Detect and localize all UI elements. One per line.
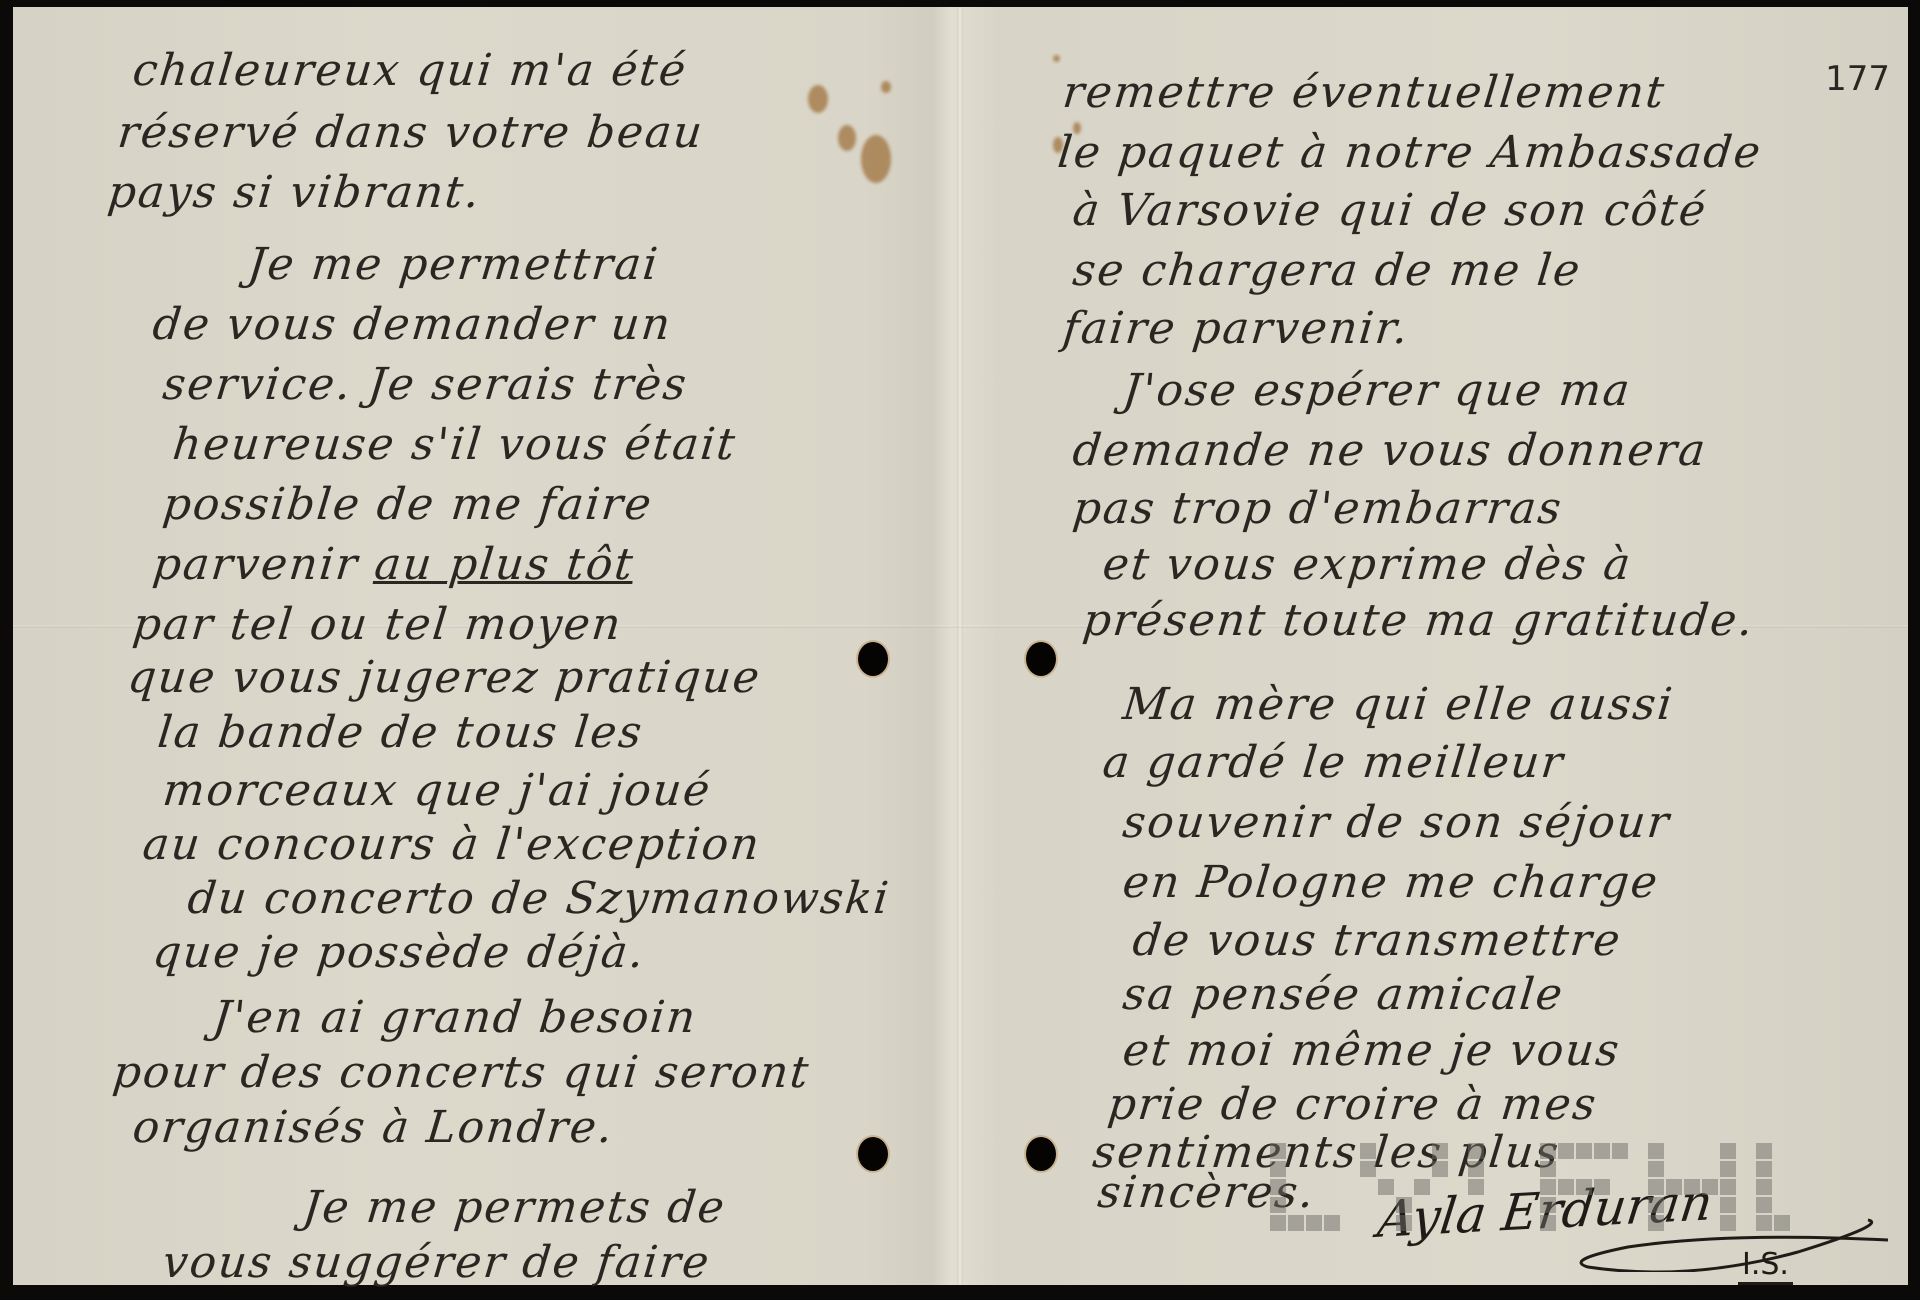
watermark-cell bbox=[1378, 1179, 1394, 1195]
watermark-cell bbox=[1774, 1179, 1790, 1195]
watermark-cell bbox=[1378, 1215, 1394, 1231]
watermark-cell bbox=[1666, 1179, 1682, 1195]
watermark-cell bbox=[1684, 1161, 1700, 1177]
watermark-cell bbox=[1540, 1143, 1556, 1159]
watermark-cell bbox=[1486, 1215, 1502, 1231]
watermark-cell bbox=[1558, 1215, 1574, 1231]
text-line: réservé dans votre beau bbox=[115, 107, 706, 158]
watermark-cell bbox=[1648, 1143, 1664, 1159]
watermark-cell bbox=[1756, 1179, 1772, 1195]
watermark-cell bbox=[1324, 1197, 1340, 1213]
watermark-cell bbox=[1630, 1179, 1646, 1195]
watermark-cell bbox=[1360, 1197, 1376, 1213]
watermark-cell bbox=[1594, 1143, 1610, 1159]
watermark-cell bbox=[1540, 1215, 1556, 1231]
watermark-cell bbox=[1558, 1179, 1574, 1195]
text-line: que vous jugerez pratique bbox=[125, 652, 763, 703]
watermark-cell bbox=[1576, 1179, 1592, 1195]
watermark-cell bbox=[1324, 1179, 1340, 1195]
text-line: faire parvenir. bbox=[1060, 303, 1412, 354]
watermark-cell bbox=[1576, 1197, 1592, 1213]
watermark-cell bbox=[1558, 1161, 1574, 1177]
punch-hole bbox=[858, 642, 888, 676]
watermark-cell bbox=[1666, 1161, 1682, 1177]
watermark-cell bbox=[1648, 1161, 1664, 1177]
watermark-cell bbox=[1378, 1143, 1394, 1159]
text-line: Je me permettrai bbox=[245, 239, 661, 290]
watermark-cell bbox=[1450, 1215, 1466, 1231]
watermark-cell bbox=[1756, 1197, 1772, 1213]
watermark-cell bbox=[1306, 1215, 1322, 1231]
watermark-cell bbox=[1378, 1161, 1394, 1177]
watermark-cell bbox=[1558, 1197, 1574, 1213]
watermark-cell bbox=[1774, 1161, 1790, 1177]
watermark-cell bbox=[1342, 1215, 1358, 1231]
text-line: prie de croire à mes bbox=[1105, 1079, 1600, 1130]
watermark-cell bbox=[1270, 1179, 1286, 1195]
text-line: la bande de tous les bbox=[155, 707, 646, 758]
text-line: pour des concerts qui seront bbox=[110, 1047, 812, 1098]
text-line: se chargera de me le bbox=[1070, 245, 1584, 296]
watermark-cell bbox=[1612, 1143, 1628, 1159]
watermark-cell bbox=[1270, 1143, 1286, 1159]
watermark-cell bbox=[1324, 1161, 1340, 1177]
watermark-cell bbox=[1522, 1215, 1538, 1231]
text-line: le paquet à notre Ambassade bbox=[1055, 127, 1764, 178]
watermark-cell bbox=[1594, 1161, 1610, 1177]
watermark-cell bbox=[1306, 1161, 1322, 1177]
watermark-cell bbox=[1288, 1215, 1304, 1231]
watermark-cell bbox=[1360, 1143, 1376, 1159]
watermark-cell bbox=[1468, 1143, 1484, 1159]
watermark-cell bbox=[1378, 1197, 1394, 1213]
text-line: a gardé le meilleur bbox=[1100, 737, 1567, 788]
text-line: au concours à l'exception bbox=[140, 819, 763, 870]
text-line: Ma mère qui elle aussi bbox=[1120, 679, 1676, 730]
watermark-cell bbox=[1522, 1197, 1538, 1213]
watermark-cell bbox=[1576, 1161, 1592, 1177]
watermark-cell bbox=[1540, 1197, 1556, 1213]
watermark-cell bbox=[1288, 1197, 1304, 1213]
watermark-cell bbox=[1504, 1161, 1520, 1177]
watermark-cell bbox=[1684, 1179, 1700, 1195]
watermark-cell bbox=[1396, 1197, 1412, 1213]
watermark-cell bbox=[1720, 1161, 1736, 1177]
watermark-cell bbox=[1702, 1143, 1718, 1159]
watermark-cell bbox=[1450, 1143, 1466, 1159]
watermark-cell bbox=[1648, 1179, 1664, 1195]
watermark-cell bbox=[1396, 1161, 1412, 1177]
watermark-cell bbox=[1576, 1143, 1592, 1159]
watermark-cell bbox=[1522, 1179, 1538, 1195]
watermark-cell bbox=[1612, 1215, 1628, 1231]
watermark-cell bbox=[1486, 1161, 1502, 1177]
watermark-cell bbox=[1738, 1143, 1754, 1159]
text-fragment: parvenir bbox=[150, 539, 377, 590]
watermark-cell bbox=[1612, 1179, 1628, 1195]
watermark-cell bbox=[1720, 1197, 1736, 1213]
watermark-cell bbox=[1432, 1197, 1448, 1213]
folio-number: 177 bbox=[1825, 59, 1890, 99]
punch-hole bbox=[1026, 1137, 1056, 1171]
watermark-cell bbox=[1630, 1143, 1646, 1159]
text-line: service. Je serais très bbox=[160, 359, 690, 410]
watermark-cell bbox=[1468, 1161, 1484, 1177]
text-line: présent toute ma gratitude. bbox=[1080, 595, 1757, 646]
text-line: J'ose espérer que ma bbox=[1120, 365, 1634, 416]
watermark-cell bbox=[1396, 1215, 1412, 1231]
watermark-cell bbox=[1414, 1197, 1430, 1213]
watermark-cell bbox=[1486, 1179, 1502, 1195]
watermark-cell bbox=[1396, 1143, 1412, 1159]
watermark-cell bbox=[1540, 1179, 1556, 1195]
watermark-cell bbox=[1756, 1143, 1772, 1159]
text-line: morceaux que j'ai joué bbox=[160, 765, 714, 816]
text-line: pas trop d'embarras bbox=[1070, 483, 1565, 534]
watermark-cell bbox=[1288, 1161, 1304, 1177]
text-line: vous suggérer de faire bbox=[160, 1237, 713, 1288]
watermark-cell bbox=[1270, 1215, 1286, 1231]
watermark-cell bbox=[1306, 1179, 1322, 1195]
text-line: et vous exprime dès à bbox=[1100, 539, 1634, 590]
text-line: remettre éventuellement bbox=[1060, 67, 1668, 118]
watermark-cell bbox=[1666, 1215, 1682, 1231]
text-line: Je me permets de bbox=[300, 1182, 728, 1233]
watermark-cell bbox=[1270, 1161, 1286, 1177]
watermark-cell bbox=[1756, 1215, 1772, 1231]
watermark-cell bbox=[1558, 1143, 1574, 1159]
text-line: parvenir au plus tôt bbox=[150, 539, 637, 590]
left-page: chaleureux qui m'a été réservé dans votr… bbox=[13, 7, 957, 1285]
text-line: sa pensée amicale bbox=[1120, 969, 1566, 1020]
watermark-cell bbox=[1738, 1179, 1754, 1195]
watermark-cell bbox=[1594, 1179, 1610, 1195]
watermark-cell bbox=[1414, 1161, 1430, 1177]
watermark-cell bbox=[1504, 1143, 1520, 1159]
watermark-cell bbox=[1630, 1197, 1646, 1213]
text-line: et moi même je vous bbox=[1120, 1025, 1623, 1076]
watermark-cell bbox=[1414, 1143, 1430, 1159]
text-line: souvenir de son séjour bbox=[1120, 797, 1673, 848]
watermark-cell bbox=[1360, 1215, 1376, 1231]
text-line: en Pologne me charge bbox=[1120, 857, 1661, 908]
watermark-cell bbox=[1468, 1197, 1484, 1213]
watermark-cell bbox=[1630, 1215, 1646, 1231]
watermark-cell bbox=[1612, 1197, 1628, 1213]
text-line: à Varsovie qui de son côté bbox=[1070, 185, 1710, 236]
text-line: chaleureux qui m'a été bbox=[130, 45, 690, 96]
watermark-cell bbox=[1414, 1215, 1430, 1231]
watermark-cell bbox=[1522, 1143, 1538, 1159]
watermark-cell bbox=[1486, 1143, 1502, 1159]
watermark-cell bbox=[1288, 1143, 1304, 1159]
watermark-cell bbox=[1522, 1161, 1538, 1177]
watermark-cell bbox=[1414, 1179, 1430, 1195]
watermark-cell bbox=[1450, 1161, 1466, 1177]
watermark-cell bbox=[1468, 1215, 1484, 1231]
watermark-cell bbox=[1594, 1215, 1610, 1231]
watermark-cell bbox=[1432, 1161, 1448, 1177]
watermark-cell bbox=[1342, 1197, 1358, 1213]
watermark-cell bbox=[1648, 1215, 1664, 1231]
watermark-cell bbox=[1720, 1179, 1736, 1195]
watermark-cell bbox=[1306, 1143, 1322, 1159]
watermark-cell bbox=[1738, 1197, 1754, 1213]
watermark-cell bbox=[1396, 1179, 1412, 1195]
watermark-cell bbox=[1324, 1215, 1340, 1231]
text-line: que je possède déjà. bbox=[150, 927, 648, 978]
watermark-cell bbox=[1288, 1179, 1304, 1195]
text-line: de vous transmettre bbox=[1130, 915, 1624, 966]
watermark-cell bbox=[1612, 1161, 1628, 1177]
watermark-cell bbox=[1468, 1179, 1484, 1195]
watermark-cell bbox=[1342, 1179, 1358, 1195]
watermark-cell bbox=[1720, 1215, 1736, 1231]
watermark-cell bbox=[1684, 1143, 1700, 1159]
watermark-cell bbox=[1576, 1215, 1592, 1231]
watermark-cell bbox=[1702, 1197, 1718, 1213]
watermark-cell bbox=[1504, 1215, 1520, 1231]
text-line: organisés à Londre. bbox=[130, 1102, 616, 1153]
watermark-cell bbox=[1774, 1143, 1790, 1159]
watermark-cell bbox=[1306, 1197, 1322, 1213]
watermark-cell bbox=[1756, 1161, 1772, 1177]
watermark-cell bbox=[1324, 1143, 1340, 1159]
watermark-cell bbox=[1702, 1161, 1718, 1177]
watermark-cell bbox=[1360, 1179, 1376, 1195]
punch-hole bbox=[858, 1137, 888, 1171]
underlined-phrase: au plus tôt bbox=[372, 539, 637, 590]
watermark-cell bbox=[1738, 1215, 1754, 1231]
letter-paper: chaleureux qui m'a été réservé dans votr… bbox=[13, 7, 1908, 1285]
watermark-cell bbox=[1504, 1179, 1520, 1195]
watermark-cell bbox=[1342, 1161, 1358, 1177]
watermark-cell bbox=[1432, 1215, 1448, 1231]
watermark-cell bbox=[1594, 1197, 1610, 1213]
watermark-cell bbox=[1450, 1179, 1466, 1195]
watermark-cell bbox=[1432, 1179, 1448, 1195]
right-page: 177 remettre éventuellement le paquet à … bbox=[963, 7, 1908, 1285]
punch-hole bbox=[1026, 642, 1056, 676]
watermark-cell bbox=[1486, 1197, 1502, 1213]
text-line: par tel ou tel moyen bbox=[130, 599, 625, 650]
watermark-cell bbox=[1450, 1197, 1466, 1213]
text-line: possible de me faire bbox=[160, 479, 655, 530]
watermark-cell bbox=[1738, 1161, 1754, 1177]
watermark-cell bbox=[1720, 1143, 1736, 1159]
watermark-cell bbox=[1270, 1197, 1286, 1213]
watermark-cell bbox=[1702, 1179, 1718, 1195]
watermark-cell bbox=[1774, 1215, 1790, 1231]
text-line: demande ne vous donnera bbox=[1070, 425, 1709, 476]
watermark bbox=[1270, 1143, 1790, 1231]
watermark-cell bbox=[1666, 1143, 1682, 1159]
watermark-cell bbox=[1666, 1197, 1682, 1213]
watermark-cell bbox=[1504, 1197, 1520, 1213]
text-line: de vous demander un bbox=[150, 299, 674, 350]
text-line: du concerto de Szymanowski bbox=[185, 873, 892, 924]
text-line: heureuse s'il vous était bbox=[170, 419, 739, 470]
watermark-cell bbox=[1774, 1197, 1790, 1213]
watermark-cell bbox=[1702, 1215, 1718, 1231]
watermark-cell bbox=[1648, 1197, 1664, 1213]
watermark-cell bbox=[1684, 1215, 1700, 1231]
text-line: J'en ai grand besoin bbox=[210, 992, 699, 1043]
watermark-cell bbox=[1684, 1197, 1700, 1213]
watermark-cell bbox=[1630, 1161, 1646, 1177]
watermark-cell bbox=[1540, 1161, 1556, 1177]
text-line: pays si vibrant. bbox=[105, 167, 483, 218]
watermark-cell bbox=[1342, 1143, 1358, 1159]
watermark-cell bbox=[1432, 1143, 1448, 1159]
watermark-cell bbox=[1360, 1161, 1376, 1177]
